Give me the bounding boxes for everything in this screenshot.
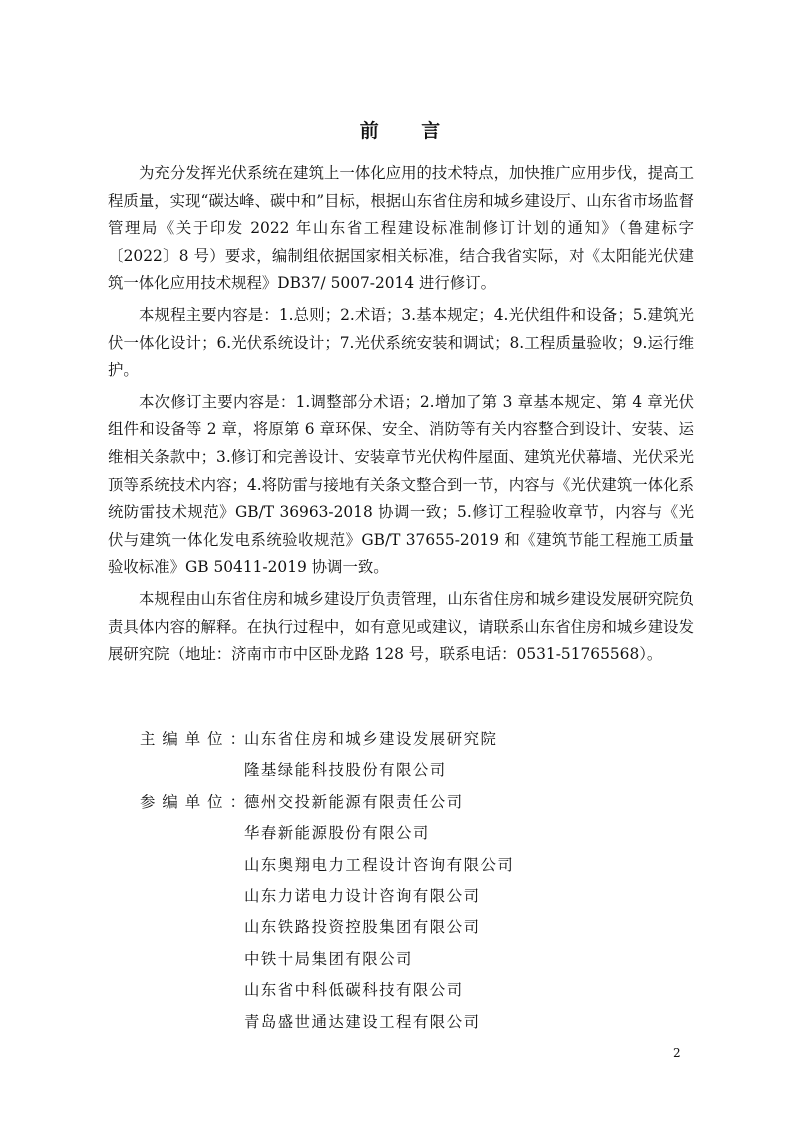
preface-body: 为充分发挥光伏系统在建筑上一体化应用的技术特点，加快推广应用步伐，提高工程质量，… [108, 160, 694, 673]
participating-editor-row: 山东力诺电力设计咨询有限公司 [140, 881, 514, 912]
editing-units: 主编单位： 山东省住房和城乡建设发展研究院 隆基绿能科技股份有限公司 参编单位：… [140, 724, 514, 1038]
participating-editor-unit: 青岛盛世通达建设工程有限公司 [244, 1007, 480, 1038]
participating-editor-unit: 山东奥翔电力工程设计咨询有限公司 [244, 850, 514, 881]
participating-editor-unit: 山东铁路投资控股集团有限公司 [244, 912, 480, 943]
participating-editor-unit: 中铁十局集团有限公司 [244, 944, 413, 975]
participating-editor-unit: 山东力诺电力设计咨询有限公司 [244, 881, 480, 912]
chief-editor-label: 主编单位： [140, 724, 244, 755]
chief-editor-row: 隆基绿能科技股份有限公司 [140, 755, 514, 786]
participating-editor-row: 中铁十局集团有限公司 [140, 944, 514, 975]
participating-editor-row: 山东铁路投资控股集团有限公司 [140, 912, 514, 943]
page-title: 前 言 [0, 116, 800, 143]
participating-editor-label: 参编单位： [140, 787, 244, 818]
participating-editor-row: 山东奥翔电力工程设计咨询有限公司 [140, 850, 514, 881]
participating-editor-unit: 山东省中科低碳科技有限公司 [244, 975, 464, 1006]
document-page: 前 言 为充分发挥光伏系统在建筑上一体化应用的技术特点，加快推广应用步伐，提高工… [0, 0, 800, 1132]
chief-editor-unit: 隆基绿能科技股份有限公司 [244, 755, 447, 786]
chief-editor-row: 主编单位： 山东省住房和城乡建设发展研究院 [140, 724, 514, 755]
participating-editor-unit: 华春新能源股份有限公司 [244, 818, 430, 849]
paragraph-main-contents: 本规程主要内容是：1.总则；2.术语；3.基本规定；4.光伏组件和设备；5.建筑… [108, 302, 694, 385]
chief-editor-unit: 山东省住房和城乡建设发展研究院 [244, 724, 497, 755]
participating-editor-row: 华春新能源股份有限公司 [140, 818, 514, 849]
paragraph-management: 本规程由山东省住房和城乡建设厅负责管理，山东省住房和城乡建设发展研究院负责具体内… [108, 586, 694, 669]
participating-editor-row: 参编单位： 德州交投新能源有限责任公司 [140, 787, 514, 818]
paragraph-background: 为充分发挥光伏系统在建筑上一体化应用的技术特点，加快推广应用步伐，提高工程质量，… [108, 160, 694, 298]
participating-editor-row: 山东省中科低碳科技有限公司 [140, 975, 514, 1006]
page-number: 2 [673, 1046, 681, 1060]
participating-editor-unit: 德州交投新能源有限责任公司 [244, 787, 464, 818]
participating-editor-row: 青岛盛世通达建设工程有限公司 [140, 1007, 514, 1038]
paragraph-revision-contents: 本次修订主要内容是：1.调整部分术语；2.增加了第 3 章基本规定、第 4 章光… [108, 389, 694, 582]
